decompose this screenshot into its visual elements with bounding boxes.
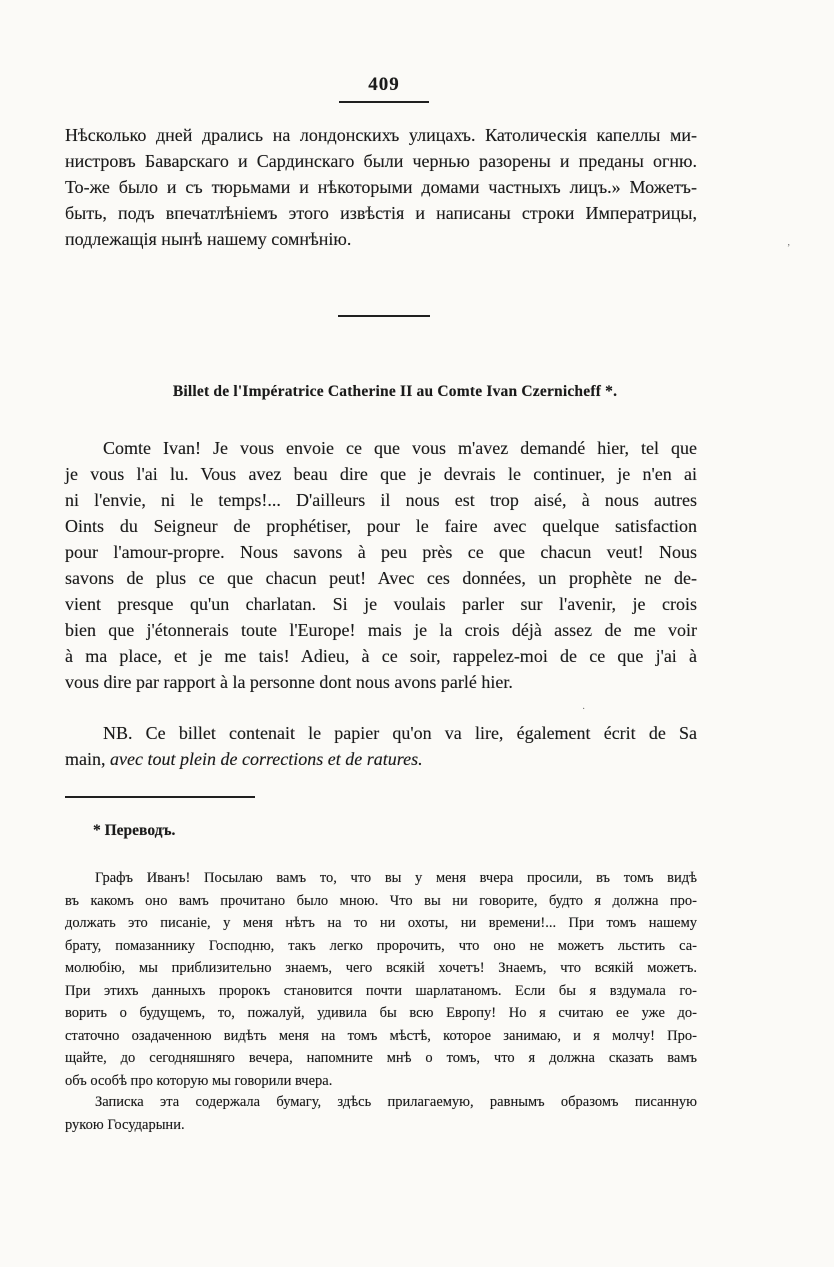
- text-line: vous dire par rapport à la personne dont…: [65, 669, 697, 695]
- nb-line-2-italic: avec tout plein de corrections et de rat…: [110, 749, 423, 769]
- scanned-page: 409 Нѣсколько дней дрались на лондонских…: [0, 0, 834, 1267]
- text-line: молюбію, мы приблизительно знаемъ, чего …: [65, 957, 697, 980]
- text-line: При этихъ данныхъ пророкъ становится поч…: [65, 980, 697, 1003]
- page-number-rule: [339, 101, 429, 103]
- page-number: 409: [334, 74, 434, 96]
- billet-body-paragraph: Comte Ivan! Je vous envoie ce que vous m…: [65, 435, 697, 695]
- text-line: Записка эта содержала бумагу, здѣсь прил…: [65, 1091, 697, 1114]
- footnote-heading: * Переводъ.: [93, 822, 493, 840]
- text-line: ni l'envie, ni le temps!... D'ailleurs i…: [65, 487, 697, 513]
- section-divider-rule: [338, 315, 430, 317]
- nb-line-1: NB. Ce billet contenait le papier qu'on …: [65, 720, 697, 746]
- intro-paragraph: Нѣсколько дней дрались на лондонскихъ ул…: [65, 122, 697, 252]
- text-line: подлежащія нынѣ нашему сомнѣнію.: [65, 226, 697, 252]
- nb-line-2-roman: main,: [65, 749, 110, 769]
- scan-speck-icon: ·: [582, 704, 585, 715]
- text-line: объ особѣ про которую мы говорили вчера.: [65, 1070, 697, 1093]
- footnote-rule: [65, 796, 255, 798]
- text-line: должать это писаніе, у меня нѣтъ на то н…: [65, 912, 697, 935]
- text-line: ворить о будущемъ, то, пожалуй, удивила …: [65, 1002, 697, 1025]
- billet-heading: Billet de l'Impératrice Catherine II au …: [65, 383, 725, 401]
- scan-speck-icon: ’: [787, 243, 790, 254]
- text-line: брату, помазаннику Господню, такъ легко …: [65, 935, 697, 958]
- text-line: быть, подъ впечатлѣніемъ этого извѣстія …: [65, 200, 697, 226]
- text-line: pour l'amour-propre. Nous savons à peu p…: [65, 539, 697, 565]
- text-line: нистровъ Баварскаго и Сардинскаго были ч…: [65, 148, 697, 174]
- footnote-paragraph-1: Графъ Иванъ! Посылаю вамъ то, что вы у м…: [65, 867, 697, 1092]
- text-line: Oints du Seigneur de prophétiser, pour l…: [65, 513, 697, 539]
- text-line: Графъ Иванъ! Посылаю вамъ то, что вы у м…: [65, 867, 697, 890]
- text-line: bien que j'étonnerais toute l'Europe! ma…: [65, 617, 697, 643]
- text-line: à ma place, et je me tais! Adieu, à ce s…: [65, 643, 697, 669]
- text-line: Comte Ivan! Je vous envoie ce que vous m…: [65, 435, 697, 461]
- footnote-paragraph-2: Записка эта содержала бумагу, здѣсь прил…: [65, 1091, 697, 1136]
- text-line: je vous l'ai lu. Vous avez beau dire que…: [65, 461, 697, 487]
- text-line: щайте, до сегодняшняго вечера, напомните…: [65, 1047, 697, 1070]
- text-line: рукою Государыни.: [65, 1114, 697, 1137]
- text-line: То-же было и съ тюрьмами и нѣкоторыми до…: [65, 174, 697, 200]
- text-line: статочно озадаченною видѣть меня на томъ…: [65, 1025, 697, 1048]
- text-line: въ какомъ оно вамъ прочитано было мною. …: [65, 890, 697, 913]
- text-line: savons de plus ce que chacun peut! Avec …: [65, 565, 697, 591]
- text-line: vient presque qu'un charlatan. Si je vou…: [65, 591, 697, 617]
- text-line: Нѣсколько дней дрались на лондонскихъ ул…: [65, 122, 697, 148]
- nb-line-2: main, avec tout plein de corrections et …: [65, 746, 697, 772]
- nb-paragraph: NB. Ce billet contenait le papier qu'on …: [65, 720, 697, 772]
